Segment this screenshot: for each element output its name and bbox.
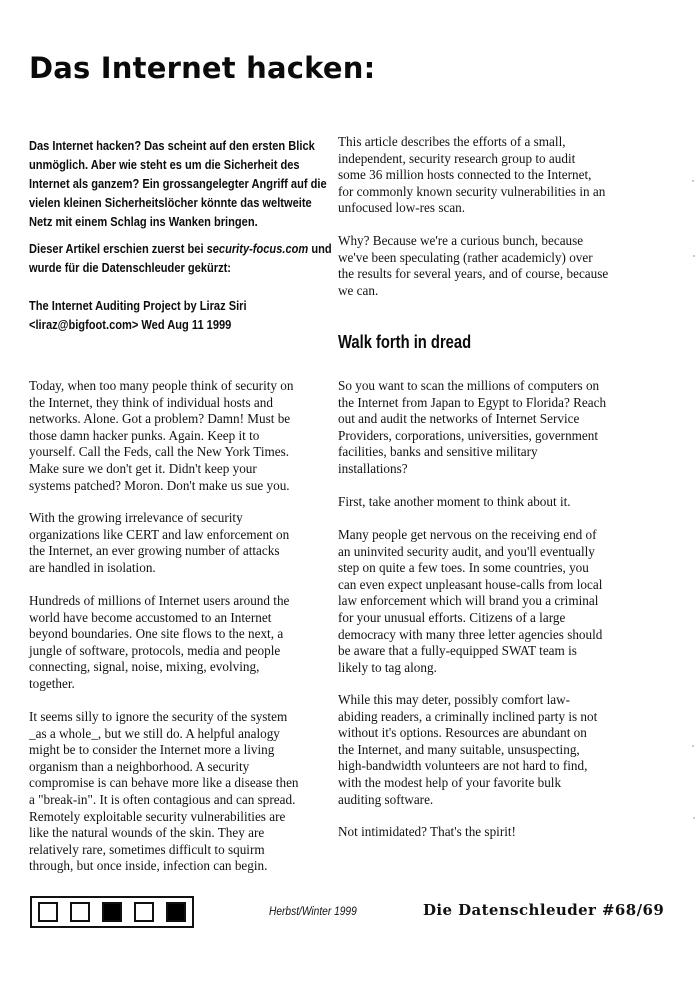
square-outline-icon — [38, 902, 58, 922]
text-line: we can. — [338, 283, 648, 300]
body-paragraph-4: It seems silly to ignore the security of… — [29, 709, 329, 875]
text-line: can even expect unpleasant house-calls f… — [338, 577, 648, 594]
text-line: out and audit the networks of Internet S… — [338, 411, 648, 428]
body-paragraph-3: Hundreds of millions of Internet users a… — [29, 593, 329, 693]
byline: The Internet Auditing Project by Liraz S… — [29, 297, 329, 335]
intro-teaser-text: Das Internet hacken? Das scheint auf den… — [29, 137, 328, 232]
text-line: unfocused low-res scan. — [338, 200, 648, 217]
text-line: Netz mit einem Schlag ins Wanken bringen… — [29, 213, 328, 232]
text-line: for your unusual efforts. Citizens of a … — [338, 610, 648, 627]
text-line: installations? — [338, 461, 648, 478]
text-line: likely to tag along. — [338, 660, 648, 677]
text-line: we've been speculating (rather academicl… — [338, 250, 648, 267]
text-line: While this may deter, possibly comfort l… — [338, 692, 648, 709]
text-line: the Internet, they think of individual h… — [29, 395, 329, 412]
text-line: the Internet, and many suitable, unsuspe… — [338, 742, 648, 759]
source-site-link: security-focus.com — [207, 242, 309, 256]
text-line: through, but once inside, infection can … — [29, 858, 329, 875]
text-line: be aware that a fully-equipped SWAT team… — [338, 643, 648, 660]
body-paragraph-6: First, take another moment to think abou… — [338, 494, 648, 511]
text-line: for commonly known security vulnerabilit… — [338, 184, 648, 201]
text-line: step on quite a few toes. In some countr… — [338, 560, 648, 577]
text-line: Providers, corporations, universities, g… — [338, 428, 648, 445]
why-paragraph: Why? Because we're a curious bunch, beca… — [338, 233, 648, 299]
text-line: together. — [29, 676, 329, 693]
text-line: systems patched? Moron. Don't make us su… — [29, 478, 329, 495]
text-line: facilities, banks and sensitive military — [338, 444, 648, 461]
text-line: the Internet, an ever growing number of … — [29, 543, 329, 560]
text-line: Today, when too many people think of sec… — [29, 378, 329, 395]
text-line: the Internet from Japan to Egypt to Flor… — [338, 395, 648, 412]
byline-text: The Internet Auditing Project by Liraz S… — [29, 297, 328, 335]
intro-source-note: Dieser Artikel erschien zuerst bei secur… — [29, 240, 329, 278]
text-line: organizations like CERT and law enforcem… — [29, 527, 329, 544]
text-line: the results for several years, and of co… — [338, 266, 648, 283]
text-line: unmöglich. Aber wie steht es um die Sich… — [29, 156, 328, 175]
text-line: First, take another moment to think abou… — [338, 494, 648, 511]
square-filled-icon — [102, 902, 122, 922]
text-line: vielen kleinen Sicherheitslöcher könnte … — [29, 194, 328, 213]
scan-speck — [693, 255, 695, 257]
text-line: networks. Alone. Got a problem? Damn! Mu… — [29, 411, 329, 428]
text-line: jungle of software, protocols, media and… — [29, 643, 329, 660]
body-paragraph-1: Today, when too many people think of sec… — [29, 378, 329, 494]
byline-title: The Internet Auditing Project by Liraz S… — [29, 297, 328, 316]
text-line: some 36 million hosts connected to the I… — [338, 167, 648, 184]
text-line: relatively rare, sometimes difficult to … — [29, 842, 329, 859]
body-paragraph-5: So you want to scan the millions of comp… — [338, 378, 648, 478]
square-outline-icon — [134, 902, 154, 922]
text-line: are handled in isolation. — [29, 560, 329, 577]
text-line: So you want to scan the millions of comp… — [338, 378, 648, 395]
text-line: like the natural wounds of the skin. The… — [29, 825, 329, 842]
square-filled-icon — [166, 902, 186, 922]
text-line: independent, security research group to … — [338, 151, 648, 168]
page-title: Das Internet hacken: — [29, 50, 375, 86]
intro-teaser: Das Internet hacken? Das scheint auf den… — [29, 137, 329, 232]
text-line: _as a whole_, but we still do. A helpful… — [29, 726, 329, 743]
text-line: Dieser Artikel erschien zuerst bei secur… — [29, 240, 328, 259]
text-line: With the growing irrelevance of security — [29, 510, 329, 527]
text-line: This article describes the efforts of a … — [338, 134, 648, 151]
text-line: Remotely exploitable security vulnerabil… — [29, 809, 329, 826]
text-line: auditing software. — [338, 792, 648, 809]
body-paragraph-8: While this may deter, possibly comfort l… — [338, 692, 648, 808]
text-line: Make sure we don't get it. Didn't keep y… — [29, 461, 329, 478]
scan-speck — [692, 745, 694, 747]
text-line: organism than a neighborhood. A security — [29, 759, 329, 776]
source-note-text: Dieser Artikel erschien zuerst bei secur… — [29, 240, 328, 278]
body-paragraph-7: Many people get nervous on the receiving… — [338, 527, 648, 676]
square-outline-icon — [70, 902, 90, 922]
text-line: Why? Because we're a curious bunch, beca… — [338, 233, 648, 250]
text-line: a "break-in". It is often contagious and… — [29, 792, 329, 809]
body-paragraph-9: Not intimidated? That's the spirit! — [338, 824, 648, 841]
text-line: law enforcement which will brand you a c… — [338, 593, 648, 610]
text-line: abiding readers, a criminally inclined p… — [338, 709, 648, 726]
body-paragraph-2: With the growing irrelevance of security… — [29, 510, 329, 576]
text-line: might be to consider the Internet more a… — [29, 742, 329, 759]
text-line: yourself. Call the Feds, call the New Yo… — [29, 444, 329, 461]
text-line: It seems silly to ignore the security of… — [29, 709, 329, 726]
text-line: Many people get nervous on the receiving… — [338, 527, 648, 544]
text-line: compromise is can behave more like a dis… — [29, 775, 329, 792]
text-line: Hundreds of millions of Internet users a… — [29, 593, 329, 610]
text-line: connecting, signal, noise, mixing, evolv… — [29, 659, 329, 676]
text-line: with the modest help of your favorite bu… — [338, 775, 648, 792]
scan-speck — [692, 180, 694, 182]
text-line: high-bandwidth volunteers are not hard t… — [338, 758, 648, 775]
text-line: an uninvited security audit, and you'll … — [338, 544, 648, 561]
text-line: without it's options. Resources are abun… — [338, 725, 648, 742]
text-line: world have become accustomed to an Inter… — [29, 610, 329, 627]
abstract-paragraph: This article describes the efforts of a … — [338, 134, 648, 217]
text-line: Internet als ganzem? Ein grossangelegter… — [29, 175, 328, 194]
magazine-name: Die Datenschleuder #68/69 — [423, 900, 664, 920]
text-line: democracy with many three letter agencie… — [338, 627, 648, 644]
section-heading: Walk forth in dread — [338, 330, 471, 354]
text-line: Das Internet hacken? Das scheint auf den… — [29, 137, 328, 156]
footer-box-pattern — [30, 896, 194, 928]
byline-author-date: <liraz@bigfoot.com> Wed Aug 11 1999 — [29, 316, 328, 335]
scan-speck — [693, 817, 695, 819]
text-line: beyond boundaries. One site flows to the… — [29, 626, 329, 643]
text-line: wurde für die Datenschleuder gekürzt: — [29, 259, 328, 278]
text-line: Not intimidated? That's the spirit! — [338, 824, 648, 841]
issue-date: Herbst/Winter 1999 — [269, 903, 357, 919]
text-line: those damn hacker punks. Again. Keep it … — [29, 428, 329, 445]
